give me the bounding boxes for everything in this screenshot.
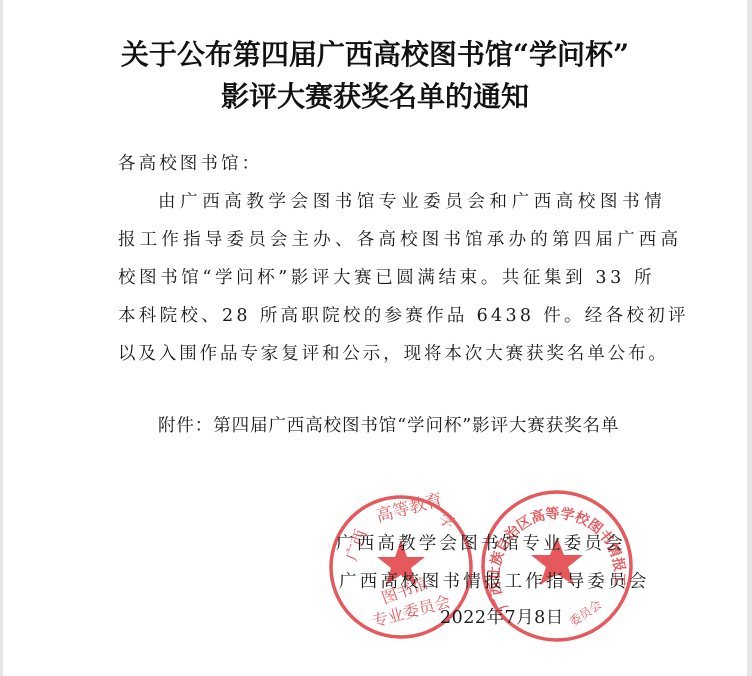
- body-line-2: 报工作指导委员会主办、各高校图书馆承办的第四届广西高: [118, 226, 682, 251]
- attachment-line: 附件：第四届广西高校图书馆“学问杯”影评大赛获奖名单: [158, 412, 619, 437]
- document-date: 2022年7月8日: [440, 604, 564, 629]
- document-title-line-1: 关于公布第四届广西高校图书馆“学问杯”: [3, 33, 747, 73]
- body-line-3: 校图书馆“学问杯”影评大赛已圆满结束。共征集到 33 所: [118, 264, 655, 289]
- document-page: 关于公布第四届广西高校图书馆“学问杯” 影评大赛获奖名单的通知 各高校图书馆： …: [3, 0, 747, 676]
- body-line-1: 由广西高教学会图书馆专业委员会和广西高校图书情: [158, 188, 666, 213]
- body-line-4: 本科院校、28 所高职院校的参赛作品 6438 件。经各校初评: [118, 302, 689, 327]
- salutation: 各高校图书馆：: [118, 150, 262, 175]
- body-line-5: 以及入围作品专家复评和公示，现将本次大赛获奖名单公布。: [118, 340, 669, 365]
- svg-text:委员会: 委员会: [567, 597, 605, 629]
- document-title-line-2: 影评大赛获奖名单的通知: [3, 75, 747, 115]
- signature-library-committee: 广西高教学会图书馆专业委员会: [336, 530, 626, 555]
- signature-info-committee: 广西高校图书情报工作指导委员会: [339, 568, 650, 593]
